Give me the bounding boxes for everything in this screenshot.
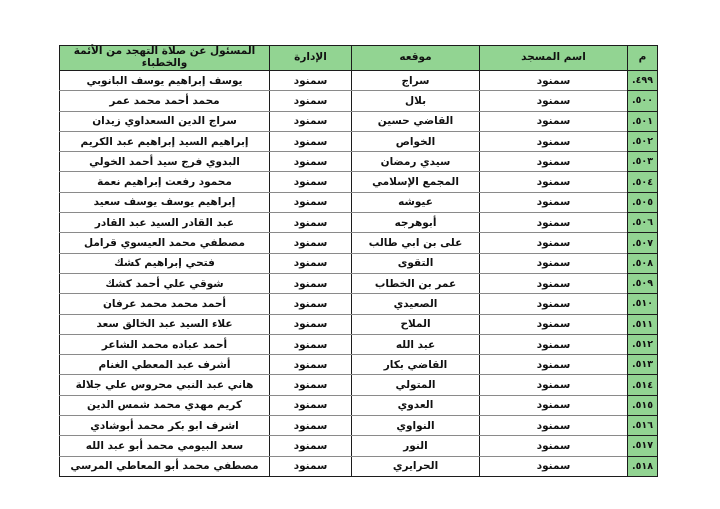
cell-responsible: إبراهيم السيد إبراهيم عبد الكريم bbox=[60, 131, 270, 151]
cell-responsible: شوقي علي أحمد كشك bbox=[60, 273, 270, 293]
cell-mosque-name: سمنود bbox=[480, 233, 628, 253]
column-header-location: موقعه bbox=[352, 46, 480, 71]
cell-mosque-name: سمنود bbox=[480, 71, 628, 91]
cell-number: ٥٠١. bbox=[628, 111, 658, 131]
cell-administration: سمنود bbox=[270, 233, 352, 253]
cell-location: عبد الله bbox=[352, 334, 480, 354]
cell-mosque-name: سمنود bbox=[480, 436, 628, 456]
cell-number: ٥١٤. bbox=[628, 375, 658, 395]
cell-responsible: عبد القادر السيد عبد القادر bbox=[60, 213, 270, 233]
cell-mosque-name: سمنود bbox=[480, 213, 628, 233]
column-header-number: م bbox=[628, 46, 658, 71]
cell-responsible: يوسف إبراهيم يوسف البانوبي bbox=[60, 71, 270, 91]
cell-number: ٥١١. bbox=[628, 314, 658, 334]
cell-administration: سمنود bbox=[270, 375, 352, 395]
cell-number: ٥٠٥. bbox=[628, 192, 658, 212]
cell-number: ٥١٥. bbox=[628, 395, 658, 415]
cell-mosque-name: سمنود bbox=[480, 416, 628, 436]
cell-number: ٥٠٩. bbox=[628, 273, 658, 293]
cell-administration: سمنود bbox=[270, 314, 352, 334]
cell-location: عيوشه bbox=[352, 192, 480, 212]
cell-number: ٥١٣. bbox=[628, 355, 658, 375]
table-row: ٥٠٥.سمنودعيوشهسمنودإبراهيم يوسف يوسف سعي… bbox=[60, 192, 658, 212]
cell-location: القاضي بكار bbox=[352, 355, 480, 375]
cell-location: بلال bbox=[352, 91, 480, 111]
cell-administration: سمنود bbox=[270, 152, 352, 172]
table-row: ٥١٨.سمنودالحرايريسمنودمصطفي محمد أبو الم… bbox=[60, 456, 658, 476]
table-row: ٥٠٤.سمنودالمجمع الإسلاميسمنودمحمود رفعت … bbox=[60, 172, 658, 192]
table-row: ٥٠٢.سمنودالخواصسمنودإبراهيم السيد إبراهي… bbox=[60, 131, 658, 151]
cell-location: الحرايري bbox=[352, 456, 480, 476]
table-row: ٥١٥.سمنودالعدويسمنودكريم مهدي محمد شمس ا… bbox=[60, 395, 658, 415]
cell-number: ٥٠٢. bbox=[628, 131, 658, 151]
cell-mosque-name: سمنود bbox=[480, 273, 628, 293]
cell-responsible: سراج الدين السعداوي زيدان bbox=[60, 111, 270, 131]
cell-location: أبوهرجه bbox=[352, 213, 480, 233]
cell-location: النواوي bbox=[352, 416, 480, 436]
table-row: ٥٠٣.سمنودسيدي رمضانسمنودالبدوي فرج سيد أ… bbox=[60, 152, 658, 172]
cell-number: ٥٠٤. bbox=[628, 172, 658, 192]
cell-administration: سمنود bbox=[270, 273, 352, 293]
cell-administration: سمنود bbox=[270, 253, 352, 273]
table-row: ٥١١.سمنودالملاحسمنودعلاء السيد عبد الخال… bbox=[60, 314, 658, 334]
cell-administration: سمنود bbox=[270, 192, 352, 212]
cell-administration: سمنود bbox=[270, 213, 352, 233]
table-row: ٤٩٩.سمنودسراجسمنوديوسف إبراهيم يوسف البا… bbox=[60, 71, 658, 91]
cell-location: الملاح bbox=[352, 314, 480, 334]
cell-location: الخواص bbox=[352, 131, 480, 151]
cell-responsible: فتحي إبراهيم كشك bbox=[60, 253, 270, 273]
cell-location: النور bbox=[352, 436, 480, 456]
cell-mosque-name: سمنود bbox=[480, 172, 628, 192]
cell-administration: سمنود bbox=[270, 355, 352, 375]
cell-mosque-name: سمنود bbox=[480, 395, 628, 415]
cell-responsible: محمد أحمد محمد عمر bbox=[60, 91, 270, 111]
table-row: ٥٠١.سمنودالقاضي حسينسمنودسراج الدين السع… bbox=[60, 111, 658, 131]
cell-administration: سمنود bbox=[270, 172, 352, 192]
cell-mosque-name: سمنود bbox=[480, 192, 628, 212]
cell-responsible: أشرف عبد المعطي الغنام bbox=[60, 355, 270, 375]
cell-administration: سمنود bbox=[270, 456, 352, 476]
cell-number: ٥٠٣. bbox=[628, 152, 658, 172]
cell-responsible: مصطفي محمد العيسوي قرامل bbox=[60, 233, 270, 253]
cell-location: القاضي حسين bbox=[352, 111, 480, 131]
table-row: ٥١٧.سمنودالنورسمنودسعد البيومي محمد أبو … bbox=[60, 436, 658, 456]
cell-administration: سمنود bbox=[270, 71, 352, 91]
cell-responsible: سعد البيومي محمد أبو عبد الله bbox=[60, 436, 270, 456]
cell-number: ٥١٢. bbox=[628, 334, 658, 354]
cell-administration: سمنود bbox=[270, 436, 352, 456]
cell-responsible: هاني عبد النبي محروس علي جلالة bbox=[60, 375, 270, 395]
column-header-mosque-name: اسم المسجد bbox=[480, 46, 628, 71]
table-body: ٤٩٩.سمنودسراجسمنوديوسف إبراهيم يوسف البا… bbox=[60, 71, 658, 477]
cell-mosque-name: سمنود bbox=[480, 253, 628, 273]
cell-location: على بن ابي طالب bbox=[352, 233, 480, 253]
cell-administration: سمنود bbox=[270, 395, 352, 415]
cell-mosque-name: سمنود bbox=[480, 111, 628, 131]
cell-number: ٥١٦. bbox=[628, 416, 658, 436]
cell-responsible: أحمد محمد محمد عرفان bbox=[60, 294, 270, 314]
cell-location: سراج bbox=[352, 71, 480, 91]
cell-location: المتولي bbox=[352, 375, 480, 395]
cell-mosque-name: سمنود bbox=[480, 355, 628, 375]
column-header-administration: الإدارة bbox=[270, 46, 352, 71]
cell-number: ٥٠٧. bbox=[628, 233, 658, 253]
cell-mosque-name: سمنود bbox=[480, 91, 628, 111]
cell-location: سيدي رمضان bbox=[352, 152, 480, 172]
cell-administration: سمنود bbox=[270, 294, 352, 314]
column-header-responsible: المسئول عن صلاة التهجد من الأئمة والخطبا… bbox=[60, 46, 270, 71]
cell-administration: سمنود bbox=[270, 111, 352, 131]
cell-mosque-name: سمنود bbox=[480, 131, 628, 151]
cell-mosque-name: سمنود bbox=[480, 294, 628, 314]
cell-responsible: إبراهيم يوسف يوسف سعيد bbox=[60, 192, 270, 212]
header-row: ماسم المسجدموقعهالإدارةالمسئول عن صلاة ا… bbox=[60, 46, 658, 71]
cell-number: ٥٠٦. bbox=[628, 213, 658, 233]
cell-number: ٥١٧. bbox=[628, 436, 658, 456]
cell-administration: سمنود bbox=[270, 131, 352, 151]
table-row: ٥١٣.سمنودالقاضي بكارسمنودأشرف عبد المعطي… bbox=[60, 355, 658, 375]
cell-responsible: علاء السيد عبد الخالق سعد bbox=[60, 314, 270, 334]
cell-mosque-name: سمنود bbox=[480, 456, 628, 476]
cell-responsible: البدوي فرج سيد أحمد الخولي bbox=[60, 152, 270, 172]
cell-responsible: كريم مهدي محمد شمس الدين bbox=[60, 395, 270, 415]
table-row: ٥١٦.سمنودالنواويسمنوداشرف ابو بكر محمد أ… bbox=[60, 416, 658, 436]
table-row: ٥٠٩.سمنودعمر بن الخطابسمنودشوقي علي أحمد… bbox=[60, 273, 658, 293]
cell-mosque-name: سمنود bbox=[480, 375, 628, 395]
cell-number: ٤٩٩. bbox=[628, 71, 658, 91]
cell-location: التقوى bbox=[352, 253, 480, 273]
cell-mosque-name: سمنود bbox=[480, 152, 628, 172]
table-row: ٥١٢.سمنودعبد اللهسمنودأحمد عباده محمد ال… bbox=[60, 334, 658, 354]
cell-location: الصعيدي bbox=[352, 294, 480, 314]
cell-location: عمر بن الخطاب bbox=[352, 273, 480, 293]
cell-mosque-name: سمنود bbox=[480, 314, 628, 334]
cell-administration: سمنود bbox=[270, 334, 352, 354]
table-row: ٥٠٠.سمنودبلالسمنودمحمد أحمد محمد عمر bbox=[60, 91, 658, 111]
table-row: ٥٠٦.سمنودأبوهرجهسمنودعبد القادر السيد عب… bbox=[60, 213, 658, 233]
cell-number: ٥٠٨. bbox=[628, 253, 658, 273]
table-row: ٥٠٨.سمنودالتقوىسمنودفتحي إبراهيم كشك bbox=[60, 253, 658, 273]
cell-responsible: محمود رفعت إبراهيم نعمة bbox=[60, 172, 270, 192]
table-row: ٥٠٧.سمنودعلى بن ابي طالبسمنودمصطفي محمد … bbox=[60, 233, 658, 253]
cell-number: ٥٠٠. bbox=[628, 91, 658, 111]
cell-location: المجمع الإسلامي bbox=[352, 172, 480, 192]
cell-administration: سمنود bbox=[270, 416, 352, 436]
cell-responsible: اشرف ابو بكر محمد أبوشادي bbox=[60, 416, 270, 436]
mosques-table: ماسم المسجدموقعهالإدارةالمسئول عن صلاة ا… bbox=[59, 45, 658, 477]
cell-number: ٥١٠. bbox=[628, 294, 658, 314]
cell-number: ٥١٨. bbox=[628, 456, 658, 476]
table-row: ٥١٤.سمنودالمتوليسمنودهاني عبد النبي محرو… bbox=[60, 375, 658, 395]
cell-mosque-name: سمنود bbox=[480, 334, 628, 354]
table-row: ٥١٠.سمنودالصعيديسمنودأحمد محمد محمد عرفا… bbox=[60, 294, 658, 314]
cell-responsible: مصطفي محمد أبو المعاطي المرسي bbox=[60, 456, 270, 476]
cell-administration: سمنود bbox=[270, 91, 352, 111]
cell-location: العدوي bbox=[352, 395, 480, 415]
cell-responsible: أحمد عباده محمد الشاعر bbox=[60, 334, 270, 354]
document-page: ماسم المسجدموقعهالإدارةالمسئول عن صلاة ا… bbox=[0, 0, 720, 509]
